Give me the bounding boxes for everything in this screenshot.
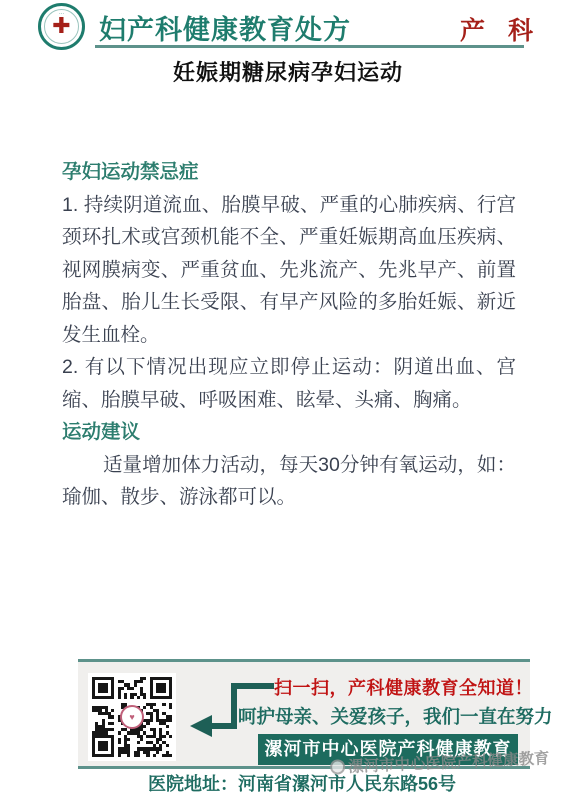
scan-slogan-line2: 呵护母亲、关爱孩子，我们一直在努力 [238, 703, 553, 729]
watermark-avatar-icon [330, 759, 346, 775]
hospital-address: 医院地址：河南省漯河市人民东路56号 [14, 770, 576, 796]
header-title: 妇产科健康教育处方 [99, 8, 351, 47]
scan-slogan-line1: 扫一扫，产科健康教育全知道！ [274, 674, 533, 700]
red-cross-icon: ✚ [52, 15, 70, 37]
section-heading-contraindications: 孕妇运动禁忌症 [62, 156, 516, 189]
qr-code: ♥ [88, 673, 176, 761]
paragraph-contraindications-2: 2. 有以下情况出现应立即停止运动：阴道出血、宫缩、胎膜早破、呼吸困难、眩晕、头… [62, 351, 516, 416]
header-divider [95, 45, 524, 48]
body-content: 孕妇运动禁忌症 1. 持续阴道流血、胎膜早破、严重的心肺疾病、行宫颈环扎术或宫颈… [62, 156, 516, 514]
qr-center-logo-icon: ♥ [120, 705, 144, 729]
hospital-logo-icon: ··· ✚ [38, 3, 85, 50]
health-education-prescription-page: ··· ✚ 妇产科健康教育处方 产 科 妊娠期糖尿病孕妇运动 孕妇运动禁忌症 1… [0, 0, 576, 798]
page-title: 妊娠期糖尿病孕妇运动 [0, 56, 576, 87]
section-heading-advice: 运动建议 [62, 416, 516, 449]
department-label: 产 科 [460, 11, 541, 47]
paragraph-advice-1: 适量增加体力活动，每天30分钟有氧运动，如：瑜伽、散步、游泳都可以。 [62, 449, 516, 514]
paragraph-contraindications-1: 1. 持续阴道流血、胎膜早破、严重的心肺疾病、行宫颈环扎术或宫颈机能不全、严重妊… [62, 189, 516, 352]
